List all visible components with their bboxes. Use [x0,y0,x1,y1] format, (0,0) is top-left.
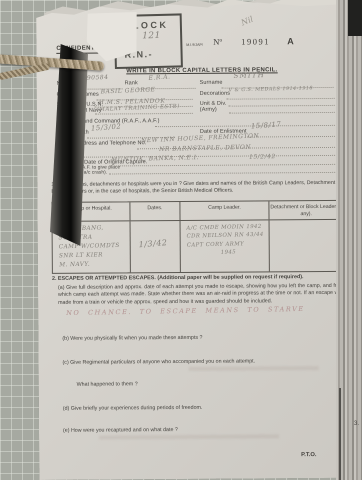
date-of-enlistment-value: 15/8/17 [251,120,282,130]
camps-table-data-row: PALEMBANG, SUMATRA CAMP W/COMDTS SNR LT … [53,220,343,273]
ink-bleedthrough [189,366,319,371]
dates-value: 1/3/42 [139,238,168,249]
decorations-value: V & G.S. MEDALS 1914-1918 [229,86,313,93]
capture-date-value: 15/2/42 [249,153,276,161]
serial-no-prefix: Nº [213,38,222,48]
dark-corner-shadow [348,0,362,36]
camps-table: Camp or Hospital. Dates. Camp Leader. De… [51,200,343,274]
dotted-rule [247,135,335,138]
question-2a-text: (a) Give full description and approx. da… [58,283,344,307]
question-2d-text: (d) Give briefly your experiences during… [63,404,343,413]
surname-field-value: SMITH [233,71,265,80]
scanned-document-photo: CONFIDENTIAL BLOCK Nº 121 R.N.- M.I.9/JA… [0,0,362,480]
ink-bleedthrough [99,434,279,439]
dotted-rule [229,111,335,114]
next-page-edge-line [339,388,341,480]
serial-number: 19091 [241,37,270,47]
cell-block-leader [270,220,343,272]
unit-div-label-line2: (Army) [200,107,217,113]
question-1-text: 1. What camps, detachments or hospitals … [51,180,343,197]
dotted-rule [229,104,335,107]
dotted-rule [67,154,335,158]
mi9-reference: M.I.9/JAP/ [186,43,203,47]
question-2-heading: 2. ESCAPES OR ATTEMPTED ESCAPES. (Additi… [52,274,344,284]
christian-names-value: BASIL GEORGE [101,86,156,95]
next-page-number: 3. [354,421,359,427]
camp-line-5: M. NAVY. [59,260,130,271]
pencil-nil-note: Nil [240,15,255,28]
capture-place-value: MUNTOK, BANKA, N.E.I. [111,154,199,163]
dotted-rule [227,97,335,100]
date-of-birth-value: 15/3/02 [91,122,122,132]
private-address-value-line2: NR BARNSTAPLE, DEVON [159,144,251,153]
camps-table-header-row: Camp or Hospital. Dates. Camp Leader. De… [52,201,342,222]
col-header-dates: Dates. [131,202,180,220]
stamp-number-handwritten: 121 [142,31,161,41]
question-2c-sub-text: What happened to them ? [77,380,277,389]
rank-field-label: Rank [125,80,138,86]
question-2b-text: (b) Were you physically fit when you mad… [62,334,342,343]
pto-footer: P.T.O. [301,452,316,458]
private-address-value-line1: NEW INN HOUSE, FREMINGTON [141,132,259,144]
surname-field-label: Surname [200,80,223,86]
question-2e-text: (e) How were you recaptured and on what … [63,426,343,435]
form-instruction-heading: WRITE IN BLOCK CAPITAL LETTERS IN PENCIL… [104,67,299,74]
dotted-rule [155,124,335,127]
dotted-rule [95,112,193,115]
dotted-rule [109,171,335,175]
rank-field-value: E.R.A. [148,73,170,82]
cell-dates: 1/3/42 [131,221,181,272]
serial-series-letter: A [287,36,294,46]
cell-camp-leader: A/C CMDE MODIN 1942 CDR NEILSON RN 43/44… [180,220,270,272]
col-header-block-leader: Detachment or Block Leader (if any). [270,201,343,220]
dotted-rule [109,163,335,167]
decorations-label: Decorations [200,91,230,98]
col-header-camp-leader: Camp Leader. [180,201,270,220]
